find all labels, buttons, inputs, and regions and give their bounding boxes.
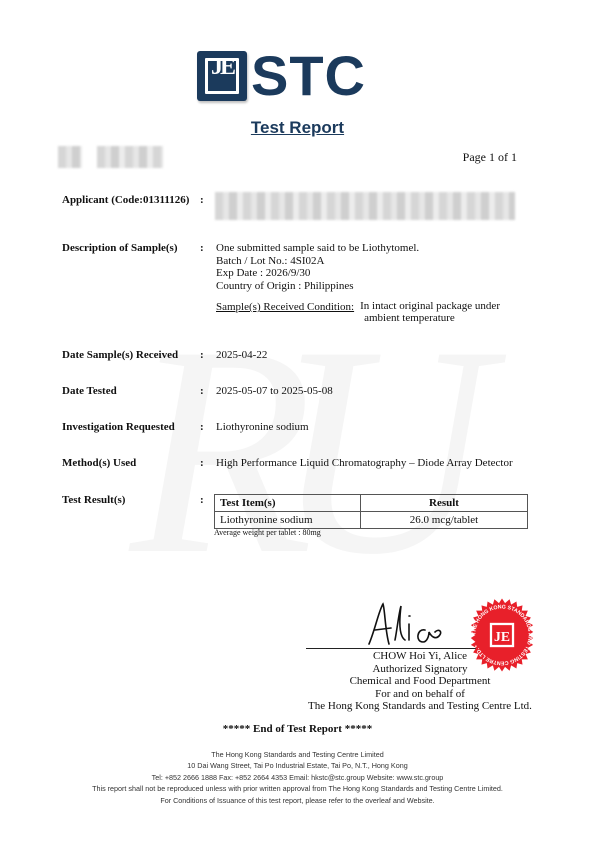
investigation-row: Investigation Requested : Liothyronine s… [62, 421, 309, 434]
watermark: RU [130, 300, 450, 600]
date-received-value: 2025-04-22 [216, 349, 267, 362]
footer-contact: Tel: +852 2666 1888 Fax: +852 2664 4353 … [0, 772, 595, 783]
signatory-block: CHOW Hoi Yi, Alice Authorized Signatory … [290, 650, 550, 713]
method-row: Method(s) Used : High Performance Liquid… [62, 457, 513, 470]
svg-text:JE: JE [494, 629, 510, 644]
description-value: One submitted sample said to be Liothyto… [216, 242, 500, 324]
date-tested-row: Date Tested : 2025-05-07 to 2025-05-08 [62, 385, 333, 398]
footer-company: The Hong Kong Standards and Testing Cent… [0, 749, 595, 760]
footer-disclaimer: This report shall not be reproduced unle… [0, 783, 595, 794]
received-condition: Sample(s) Received Condition: In intact … [216, 301, 500, 324]
table-row: Liothyronine sodium 26.0 mcg/tablet [215, 512, 528, 529]
signature-icon [365, 600, 465, 650]
description-row: Description of Sample(s) : One submitted… [62, 242, 500, 324]
redacted-applicant [215, 192, 515, 220]
table-header-row: Test Item(s) Result [215, 495, 528, 512]
results-row: Test Result(s) : [62, 494, 216, 506]
redacted-ref [97, 146, 163, 168]
end-of-report: ***** End of Test Report ***** [0, 723, 595, 735]
average-weight-note: Average weight per tablet : 80mg [214, 528, 321, 537]
redacted-ref [58, 146, 82, 168]
signatory-name: CHOW Hoi Yi, Alice [290, 650, 550, 663]
applicant-row: Applicant (Code:01311126) : [62, 194, 216, 206]
footer-address: 10 Dai Wang Street, Tai Po Industrial Es… [0, 760, 595, 771]
method-value: High Performance Liquid Chromatography –… [216, 457, 513, 470]
logo-text: STC [251, 51, 366, 101]
applicant-label: Applicant (Code:01311126) [62, 194, 200, 206]
results-table: Test Item(s) Result Liothyronine sodium … [214, 494, 528, 529]
page-number: Page 1 of 1 [463, 150, 517, 165]
footer-conditions: For Conditions of Issuance of this test … [0, 795, 595, 806]
report-title: Test Report [0, 118, 595, 138]
description-label: Description of Sample(s) [62, 242, 200, 324]
date-tested-value: 2025-05-07 to 2025-05-08 [216, 385, 333, 398]
investigation-value: Liothyronine sodium [216, 421, 309, 434]
stc-logo: JE STC [197, 51, 366, 101]
date-received-row: Date Sample(s) Received : 2025-04-22 [62, 349, 267, 362]
stc-emblem-icon: JE [197, 51, 247, 101]
footer: The Hong Kong Standards and Testing Cent… [0, 749, 595, 806]
